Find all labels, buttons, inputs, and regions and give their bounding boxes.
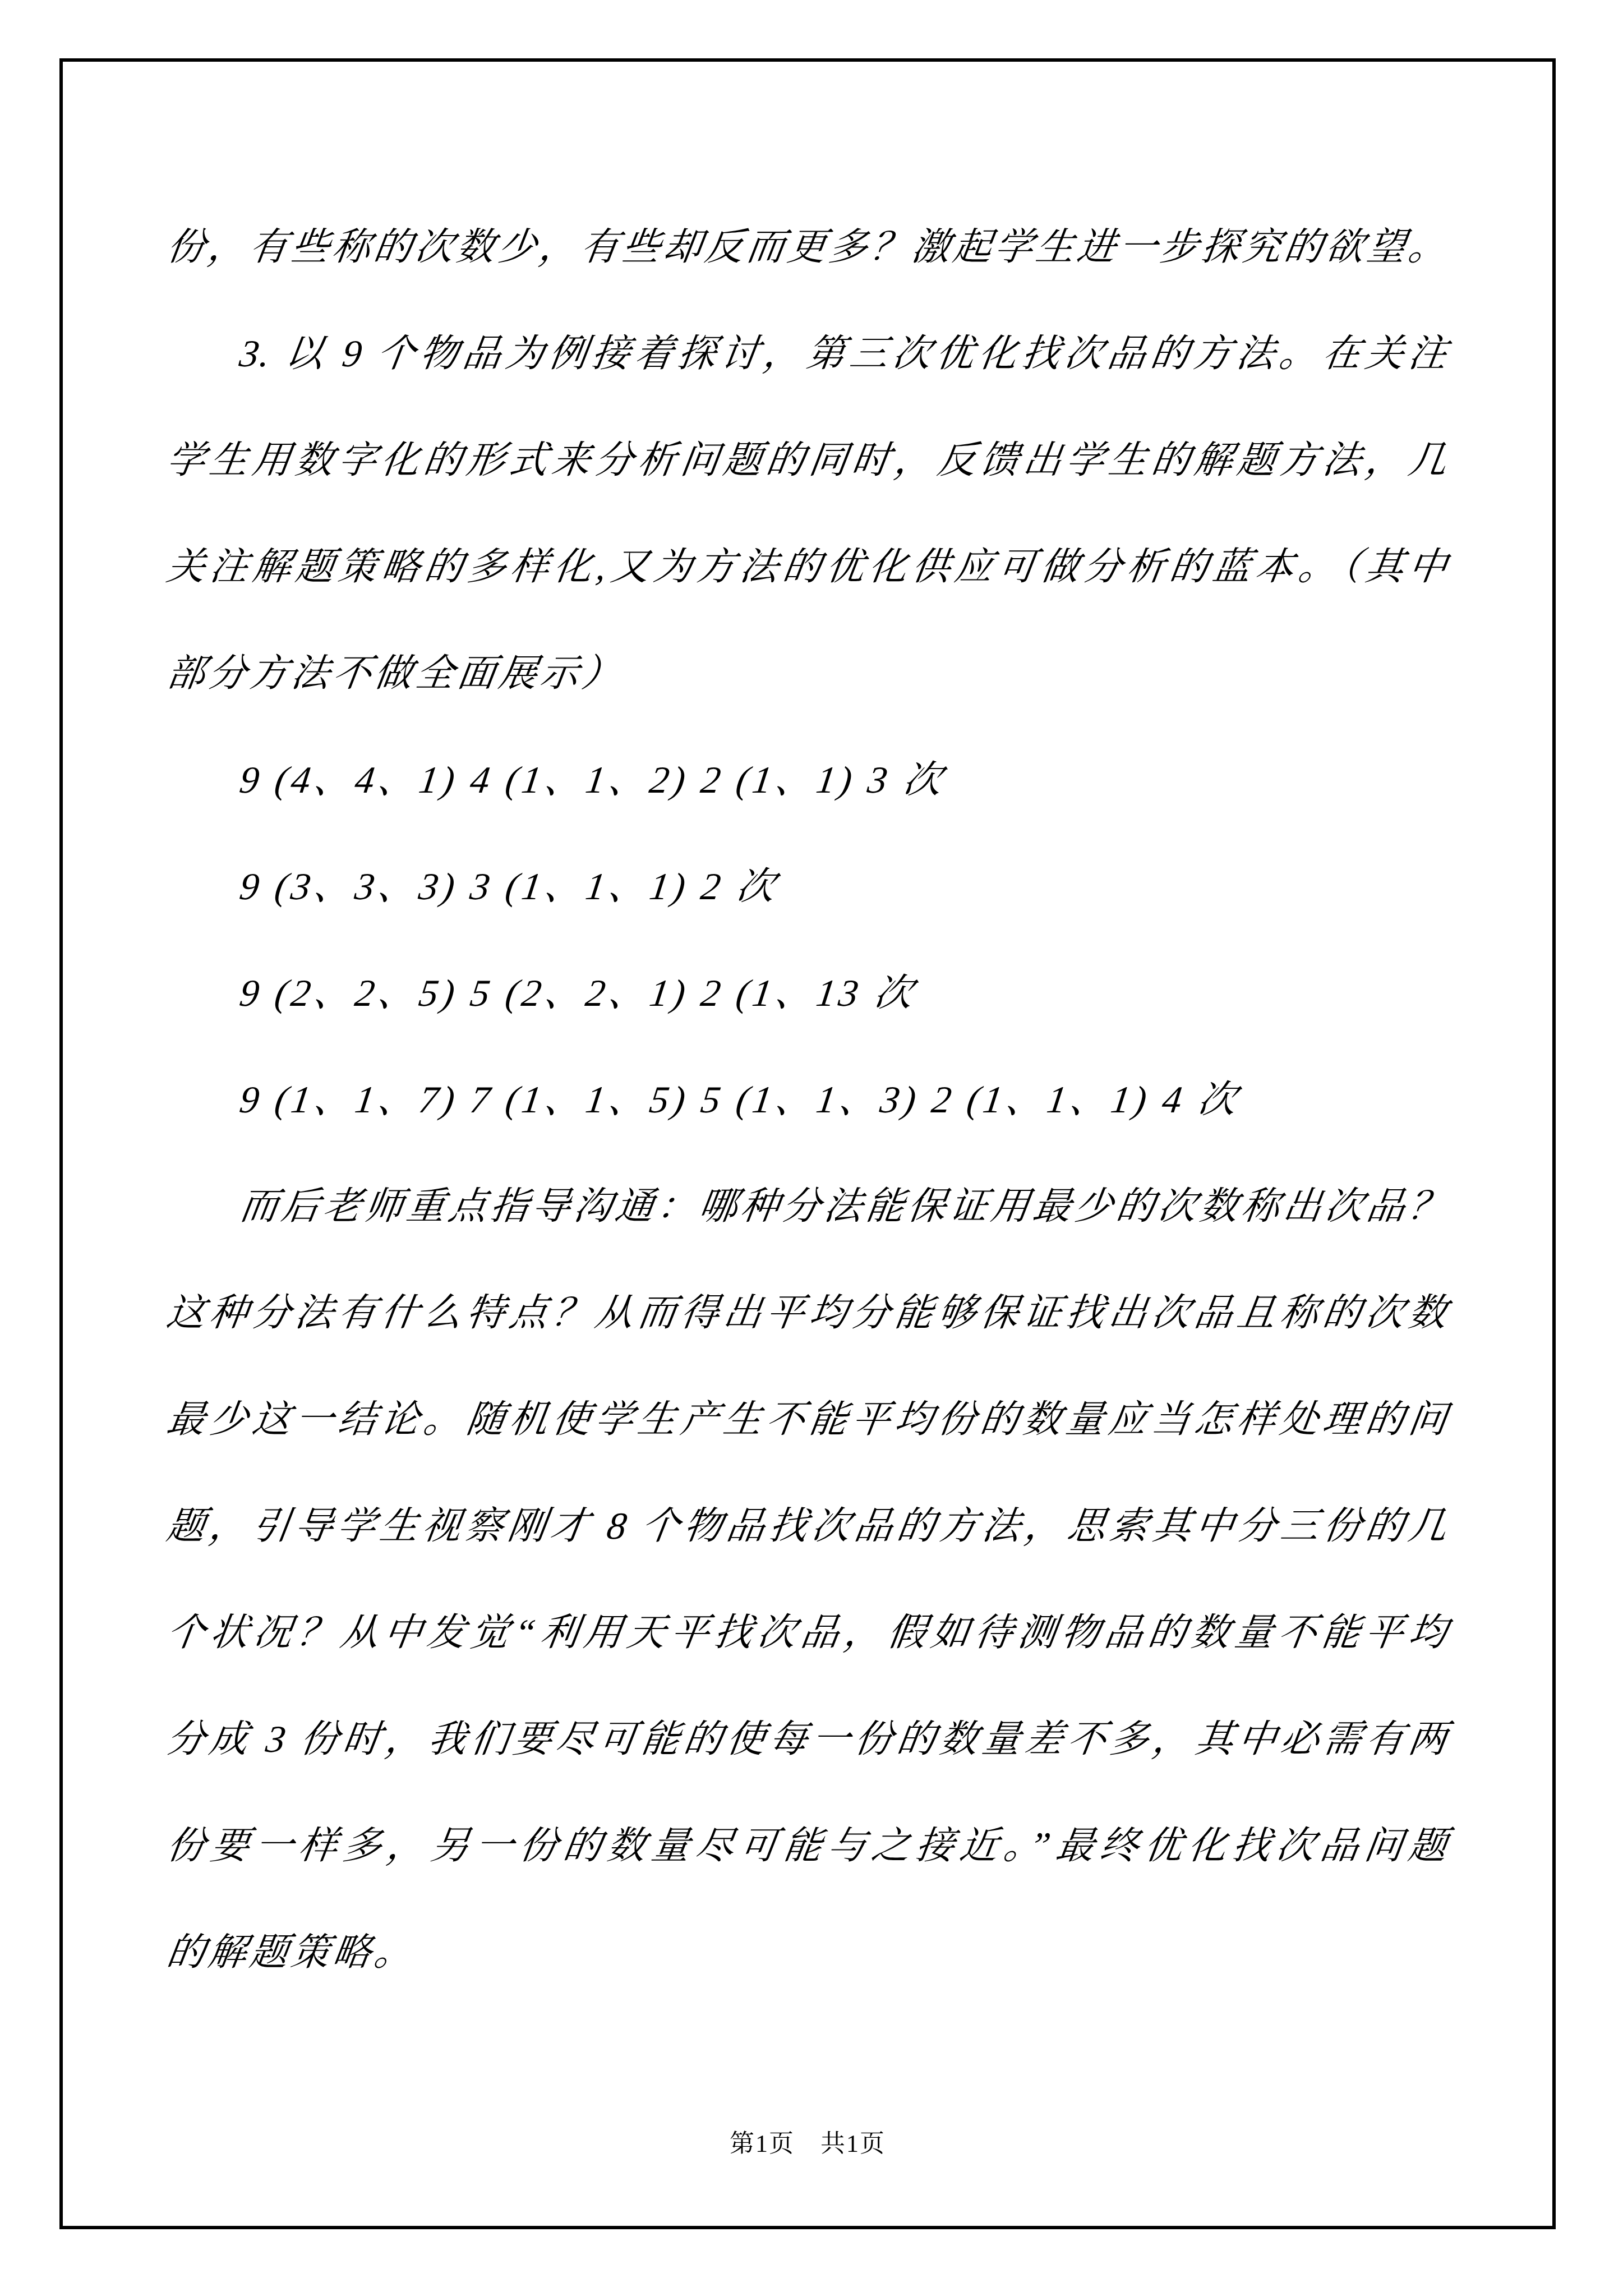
text-line: 部分方法不做全面展示） bbox=[160, 620, 1456, 726]
text-line: 个状况？从中发觉“利用天平找次品，假如待测物品的数量不能平均 bbox=[160, 1579, 1456, 1686]
text-line: 关注解题策略的多样化,又为方法的优化供应可做分析的蓝本。（其中 bbox=[160, 513, 1456, 620]
text-line: 9 (4、4、1) 4 (1、1、2) 2 (1、1) 3 次 bbox=[160, 726, 1456, 833]
document-page: 份，有些称的次数少，有些却反而更多？激起学生进一步探究的欲望。3. 以 9 个物… bbox=[0, 0, 1623, 2296]
text-line: 的解题策略。 bbox=[160, 1899, 1456, 2005]
text-line: 份，有些称的次数少，有些却反而更多？激起学生进一步探究的欲望。 bbox=[160, 194, 1456, 300]
page-footer: 第1页 共1页 bbox=[167, 2108, 1448, 2180]
text-line: 而后老师重点指导沟通：哪种分法能保证用最少的次数称出次品？ bbox=[160, 1153, 1456, 1259]
text-line: 份要一样多，另一份的数量尽可能与之接近。”最终优化找次品问题 bbox=[160, 1792, 1456, 1899]
text-line: 学生用数字化的形式来分析问题的同时，反馈出学生的解题方法，几 bbox=[160, 407, 1456, 513]
text-line: 题，引导学生视察刚才 8 个物品找次品的方法，思索其中分三份的几 bbox=[160, 1473, 1456, 1579]
document-body: 份，有些称的次数少，有些却反而更多？激起学生进一步探究的欲望。3. 以 9 个物… bbox=[167, 194, 1448, 2005]
text-line: 9 (2、2、5) 5 (2、2、1) 2 (1、13 次 bbox=[160, 940, 1456, 1046]
text-line: 分成 3 份时，我们要尽可能的使每一份的数量差不多，其中必需有两 bbox=[160, 1686, 1456, 1792]
text-line: 3. 以 9 个物品为例接着探讨，第三次优化找次品的方法。在关注 bbox=[160, 300, 1456, 407]
page-number-text: 第1页 共1页 bbox=[730, 2130, 886, 2157]
text-line: 最少这一结论。随机使学生产生不能平均份的数量应当怎样处理的问 bbox=[160, 1366, 1456, 1473]
text-line: 这种分法有什么特点？从而得出平均分能够保证找出次品且称的次数 bbox=[160, 1259, 1456, 1366]
text-line: 9 (3、3、3) 3 (1、1、1) 2 次 bbox=[160, 833, 1456, 940]
text-line: 9 (1、1、7) 7 (1、1、5) 5 (1、1、3) 2 (1、1、1) … bbox=[160, 1046, 1456, 1153]
